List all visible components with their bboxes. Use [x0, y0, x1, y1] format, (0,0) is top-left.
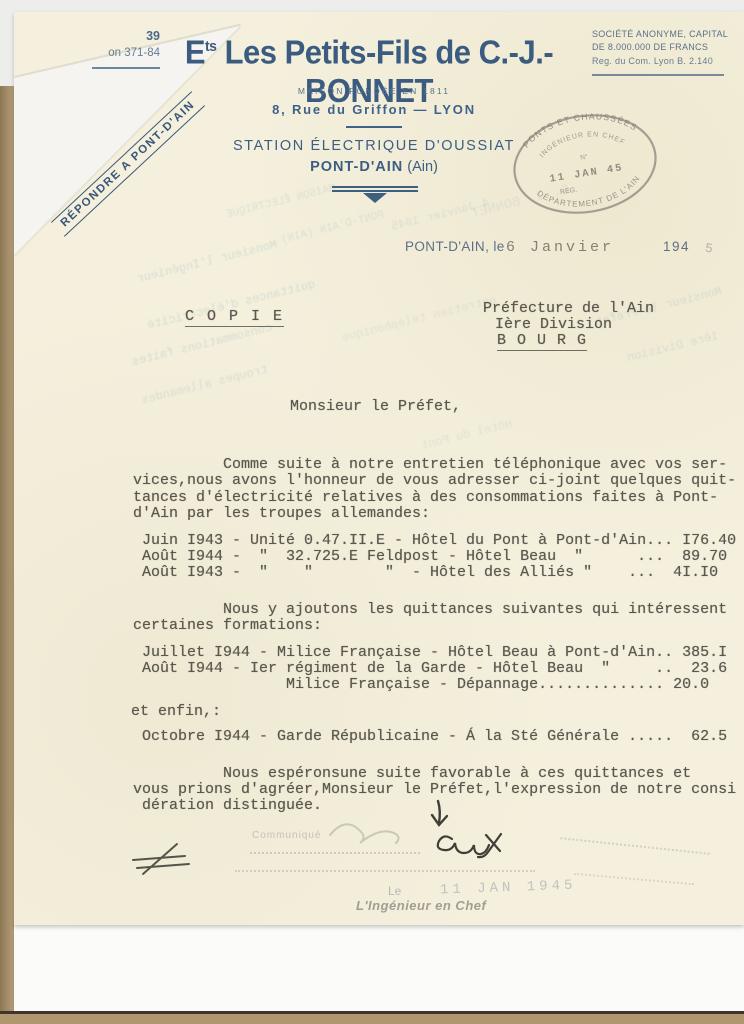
- corporate-block: SOCIÉTÉ ANONYME, CAPITAL DE 8.000.000 DE…: [592, 28, 744, 68]
- invoice-line: Août I943 - " " " - Hôtel des Alliés " .…: [133, 564, 718, 581]
- invoice-line: Octobre I944 - Garde Républicaine - Á la…: [133, 728, 727, 745]
- letterhead-phone: 39 on 371-84: [74, 28, 160, 62]
- copy-label: C O P I E: [185, 308, 284, 327]
- body-line: vices,nous avons l'honneur de vous adres…: [133, 472, 736, 489]
- scan-bottom-edge: [0, 1014, 744, 1024]
- company-sup: ts: [205, 37, 216, 54]
- recipient-line-1: Préfecture de l'Ain: [483, 300, 654, 317]
- founded-line: MAISON FONDÉE EN 1811: [174, 86, 574, 96]
- invoice-line: Août I944 - Ier régiment de la Garde - H…: [133, 660, 727, 677]
- ghost-artifact: Monsieur l'Ingénieur: [135, 238, 278, 286]
- ghost-artifact: MAISON ÉLECTRIQUE: [225, 183, 337, 222]
- invoice-line: Juin I943 - Unité 0.47.II.E - Hôtel du P…: [133, 532, 736, 549]
- oval-stamp: PONTS ET CHAUSSÉES INGÉNIEUR EN CHEF N° …: [503, 101, 667, 227]
- letter-paper: 4 Janvier 1945 C. J. BONNET MAISON ÉLECT…: [14, 12, 744, 925]
- footer-stamp-engineer: L'Ingénieur en Chef: [356, 898, 486, 913]
- invoice-line: Juillet I944 - Milice Française - Hôtel …: [133, 644, 727, 661]
- body-line: dération distinguée.: [133, 797, 322, 814]
- phone-number-1: 39: [74, 28, 160, 45]
- scan-left-edge: [0, 86, 14, 1024]
- body-line: Nous espéronsune suite favorable à ces q…: [133, 765, 691, 782]
- recipient-city: B O U R G: [497, 332, 587, 351]
- address-line: 8, Rue du Griffon — LYON: [174, 102, 574, 117]
- corp-line-3: Reg. du Com. Lyon B. 2.140: [592, 55, 744, 68]
- station-dept: (Ain): [403, 159, 438, 175]
- body-line: certaines formations:: [133, 617, 322, 634]
- company-pre: E: [185, 33, 205, 71]
- ghost-artifact: Hôtel du Pont: [420, 417, 514, 453]
- scanned-letter-page: 4 Janvier 1945 C. J. BONNET MAISON ÉLECT…: [0, 0, 744, 1024]
- corp-line-2: DE 8.000.000 DE FRANCS: [592, 41, 744, 54]
- footer-stamp-dotted-line: [574, 873, 694, 885]
- salutation: Monsieur le Préfet,: [290, 398, 461, 415]
- footer-stamp-dotted-line: [560, 837, 709, 855]
- footer-stamp-dotted-line: [250, 852, 420, 854]
- company-rest: Les Petits-Fils de C.-J.-BONNET: [216, 33, 553, 110]
- stamp-number-label: N°: [580, 153, 589, 162]
- body-line: tances d'électricité relatives à des con…: [133, 489, 718, 506]
- dateline-typed-date: 6 Janvier: [506, 239, 614, 256]
- dateline-year: 194: [663, 239, 690, 254]
- company-name: Ets Les Petits-Fils de C.-J.-BONNET: [154, 33, 584, 111]
- signature: [320, 795, 520, 865]
- ornament-triangle-icon: [363, 193, 387, 203]
- ghost-artifact: troupes allemandes: [140, 363, 269, 408]
- ornament-rule: [332, 186, 418, 188]
- invoice-line: Milice Française - Dépannage............…: [133, 676, 709, 693]
- ornament-rule: [332, 190, 418, 192]
- stamp-reg: REG.: [560, 187, 578, 197]
- margin-check-mark: [125, 838, 205, 883]
- footer-stamp-communique: Communiqué: [252, 830, 321, 841]
- station-city: PONT-D'AIN: [310, 159, 403, 175]
- body-line: et enfin,:: [131, 703, 221, 720]
- body-line: Nous y ajoutons les quittances suivantes…: [133, 601, 727, 618]
- ghost-artifact: PONT-D'AIN (AIN): [280, 209, 385, 246]
- body-line: d'Ain par les troupes allemandes:: [133, 505, 430, 522]
- invoice-line: Août I944 - " 32.725.E Feldpost - Hôtel …: [133, 548, 727, 565]
- phone-underline: [92, 67, 160, 69]
- corp-line-1: SOCIÉTÉ ANONYME, CAPITAL: [592, 28, 744, 41]
- footer-stamp-date: 11 JAN 1945: [440, 878, 577, 899]
- stamp-date: 11 JAN 45: [549, 162, 625, 186]
- ghost-artifact: 1ère Division: [626, 329, 720, 365]
- corporate-underline: [592, 74, 724, 76]
- footer-stamp-dotted-line: [235, 870, 535, 872]
- footer-stamp-le: Le: [388, 884, 401, 898]
- dateline-year-digit: 5: [704, 240, 714, 256]
- recipient-line-2: Ière Division: [495, 316, 612, 333]
- backing-sheet: [14, 921, 744, 1014]
- body-line: Comme suite à notre entretien téléphoniq…: [133, 456, 727, 473]
- phone-number-2: on 371-84: [74, 45, 160, 62]
- address-underline: [346, 126, 402, 128]
- ghost-artifact: entretien téléphonique: [341, 293, 498, 345]
- dateline-place: PONT-D'AIN, le: [405, 239, 505, 254]
